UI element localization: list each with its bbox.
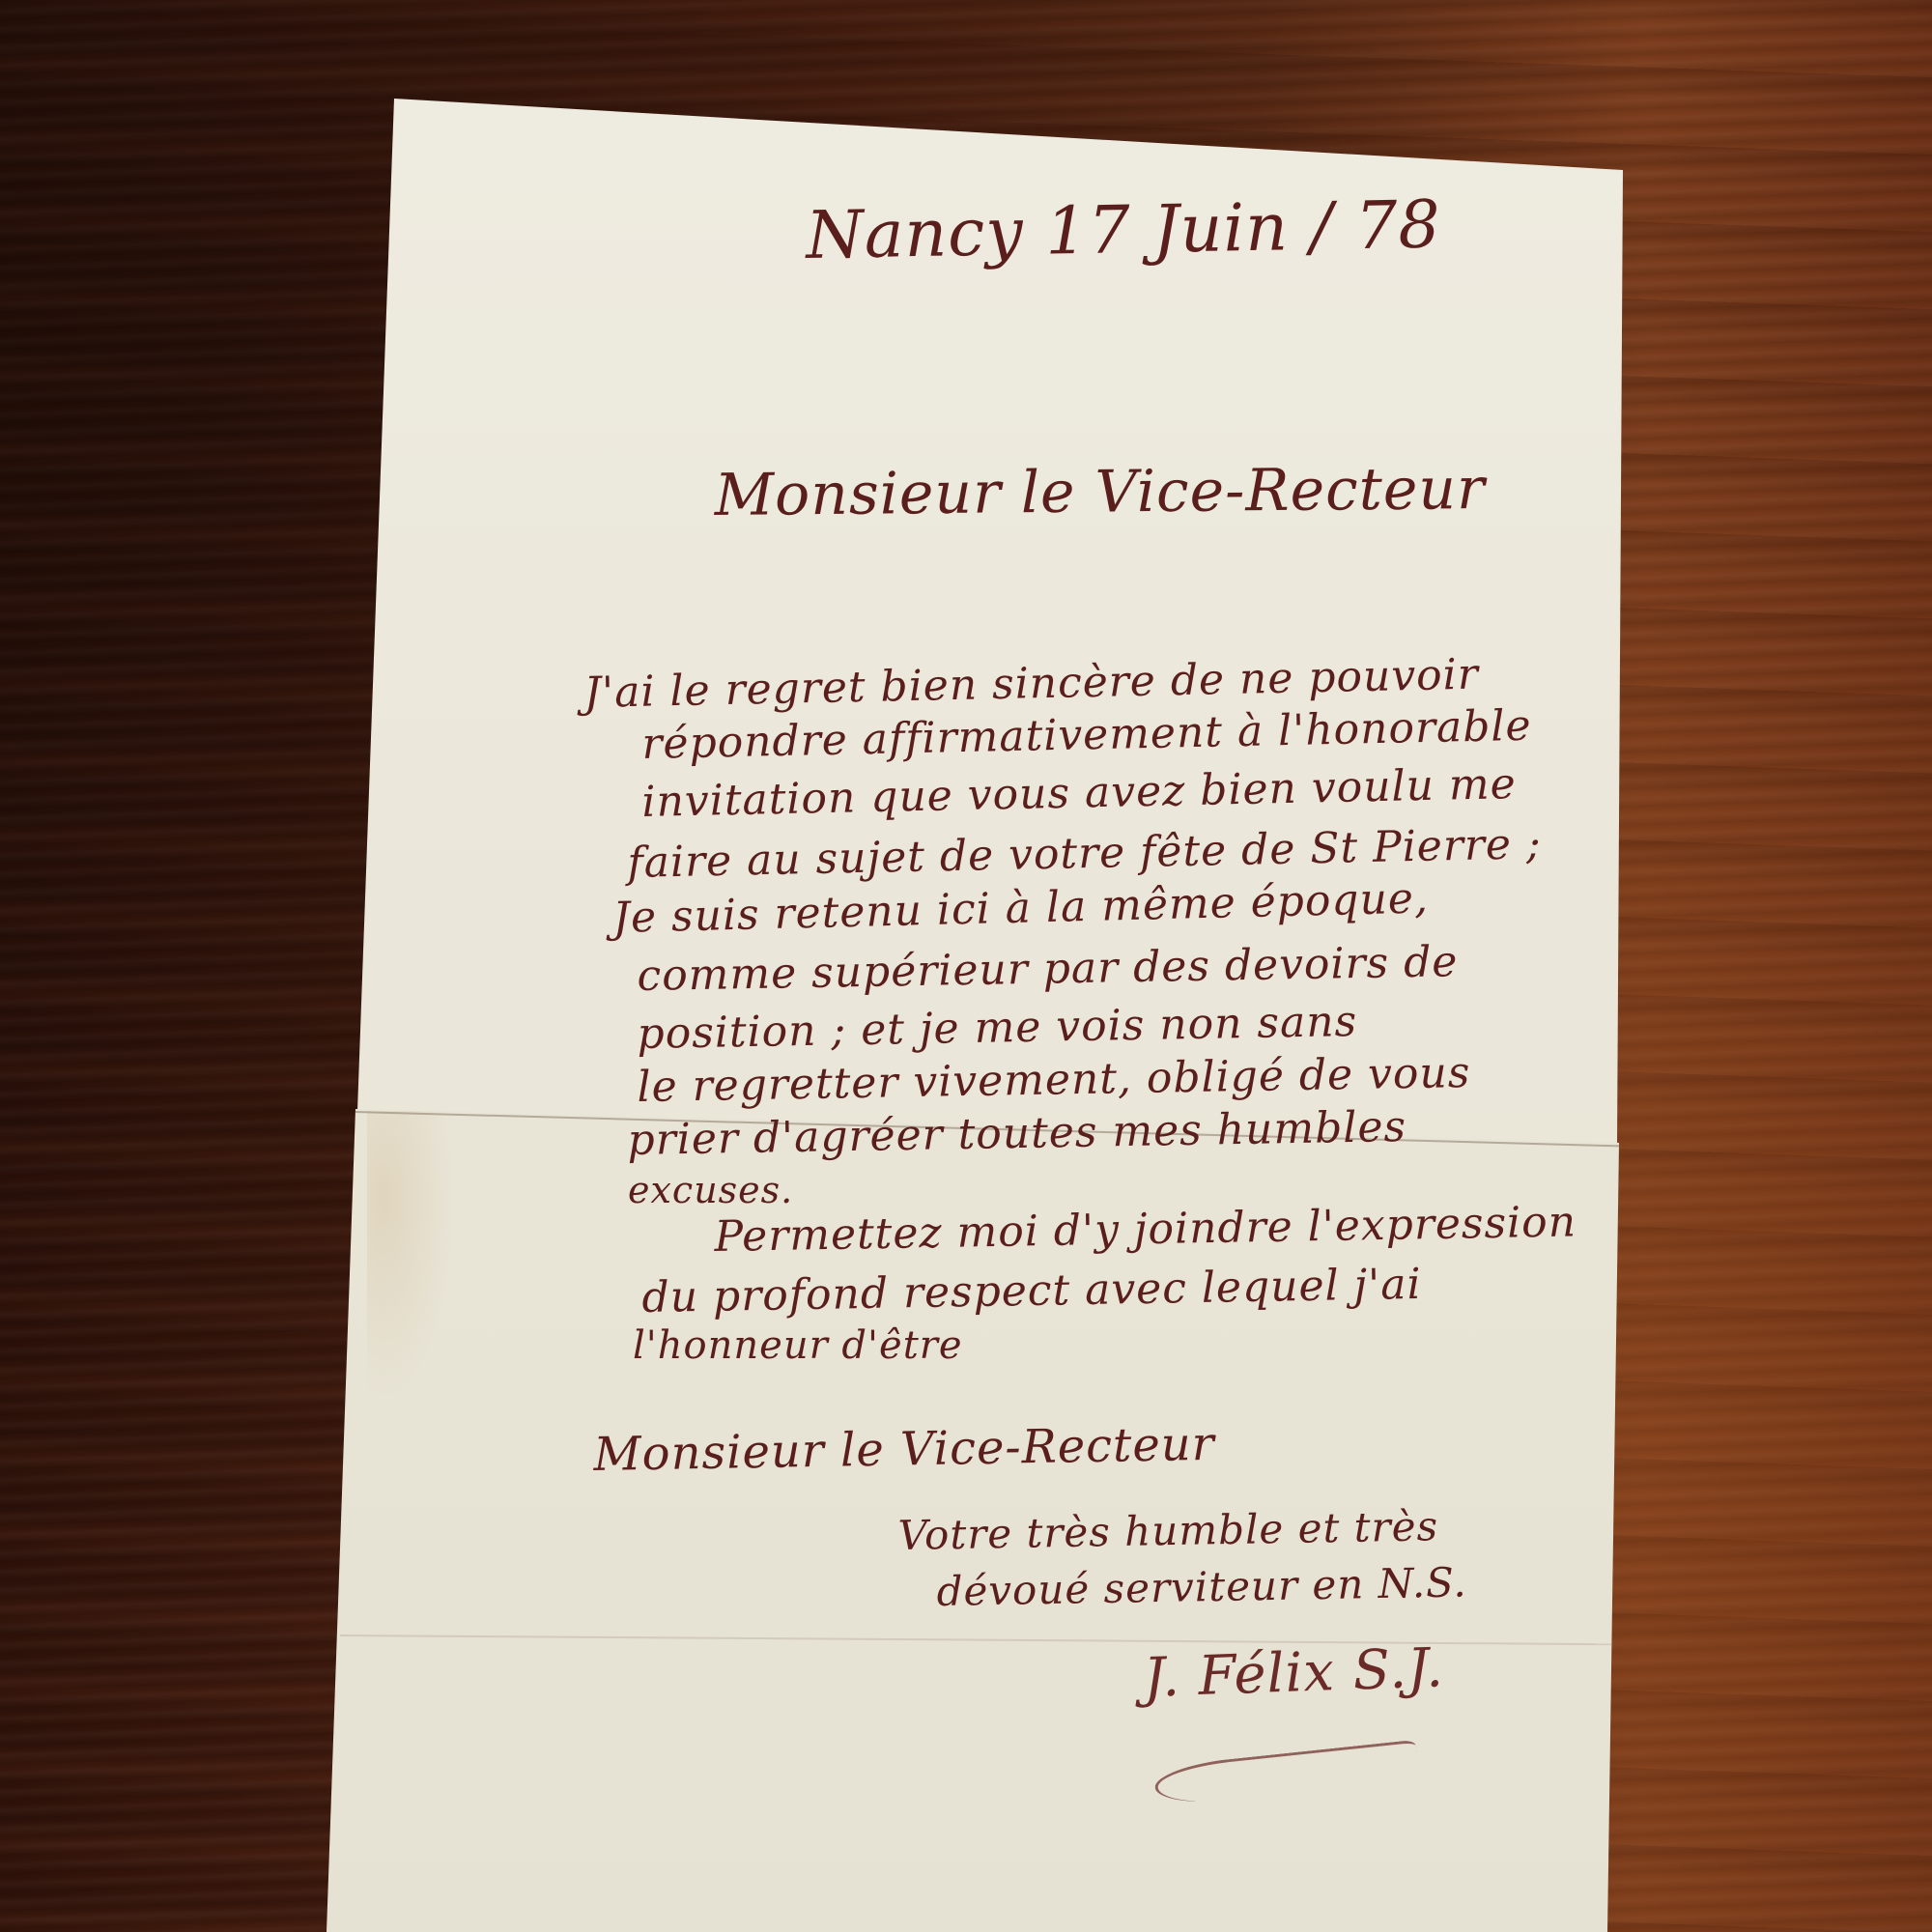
body-line: l'honneur d'être: [633, 1323, 963, 1368]
signature: J. Félix S.J.: [1143, 1636, 1445, 1710]
closing-salutation: Monsieur le Vice-Recteur: [593, 1417, 1215, 1482]
closing-line: Votre très humble et très: [897, 1502, 1438, 1559]
body-line: excuses.: [628, 1169, 793, 1211]
letter-date-line: Nancy 17 Juin / 78: [806, 187, 1442, 274]
paper-stain: [367, 1111, 454, 1401]
closing-line: dévoué serviteur en N.S.: [936, 1558, 1467, 1615]
letter-salutation: Monsieur le Vice-Recteur: [714, 455, 1486, 529]
